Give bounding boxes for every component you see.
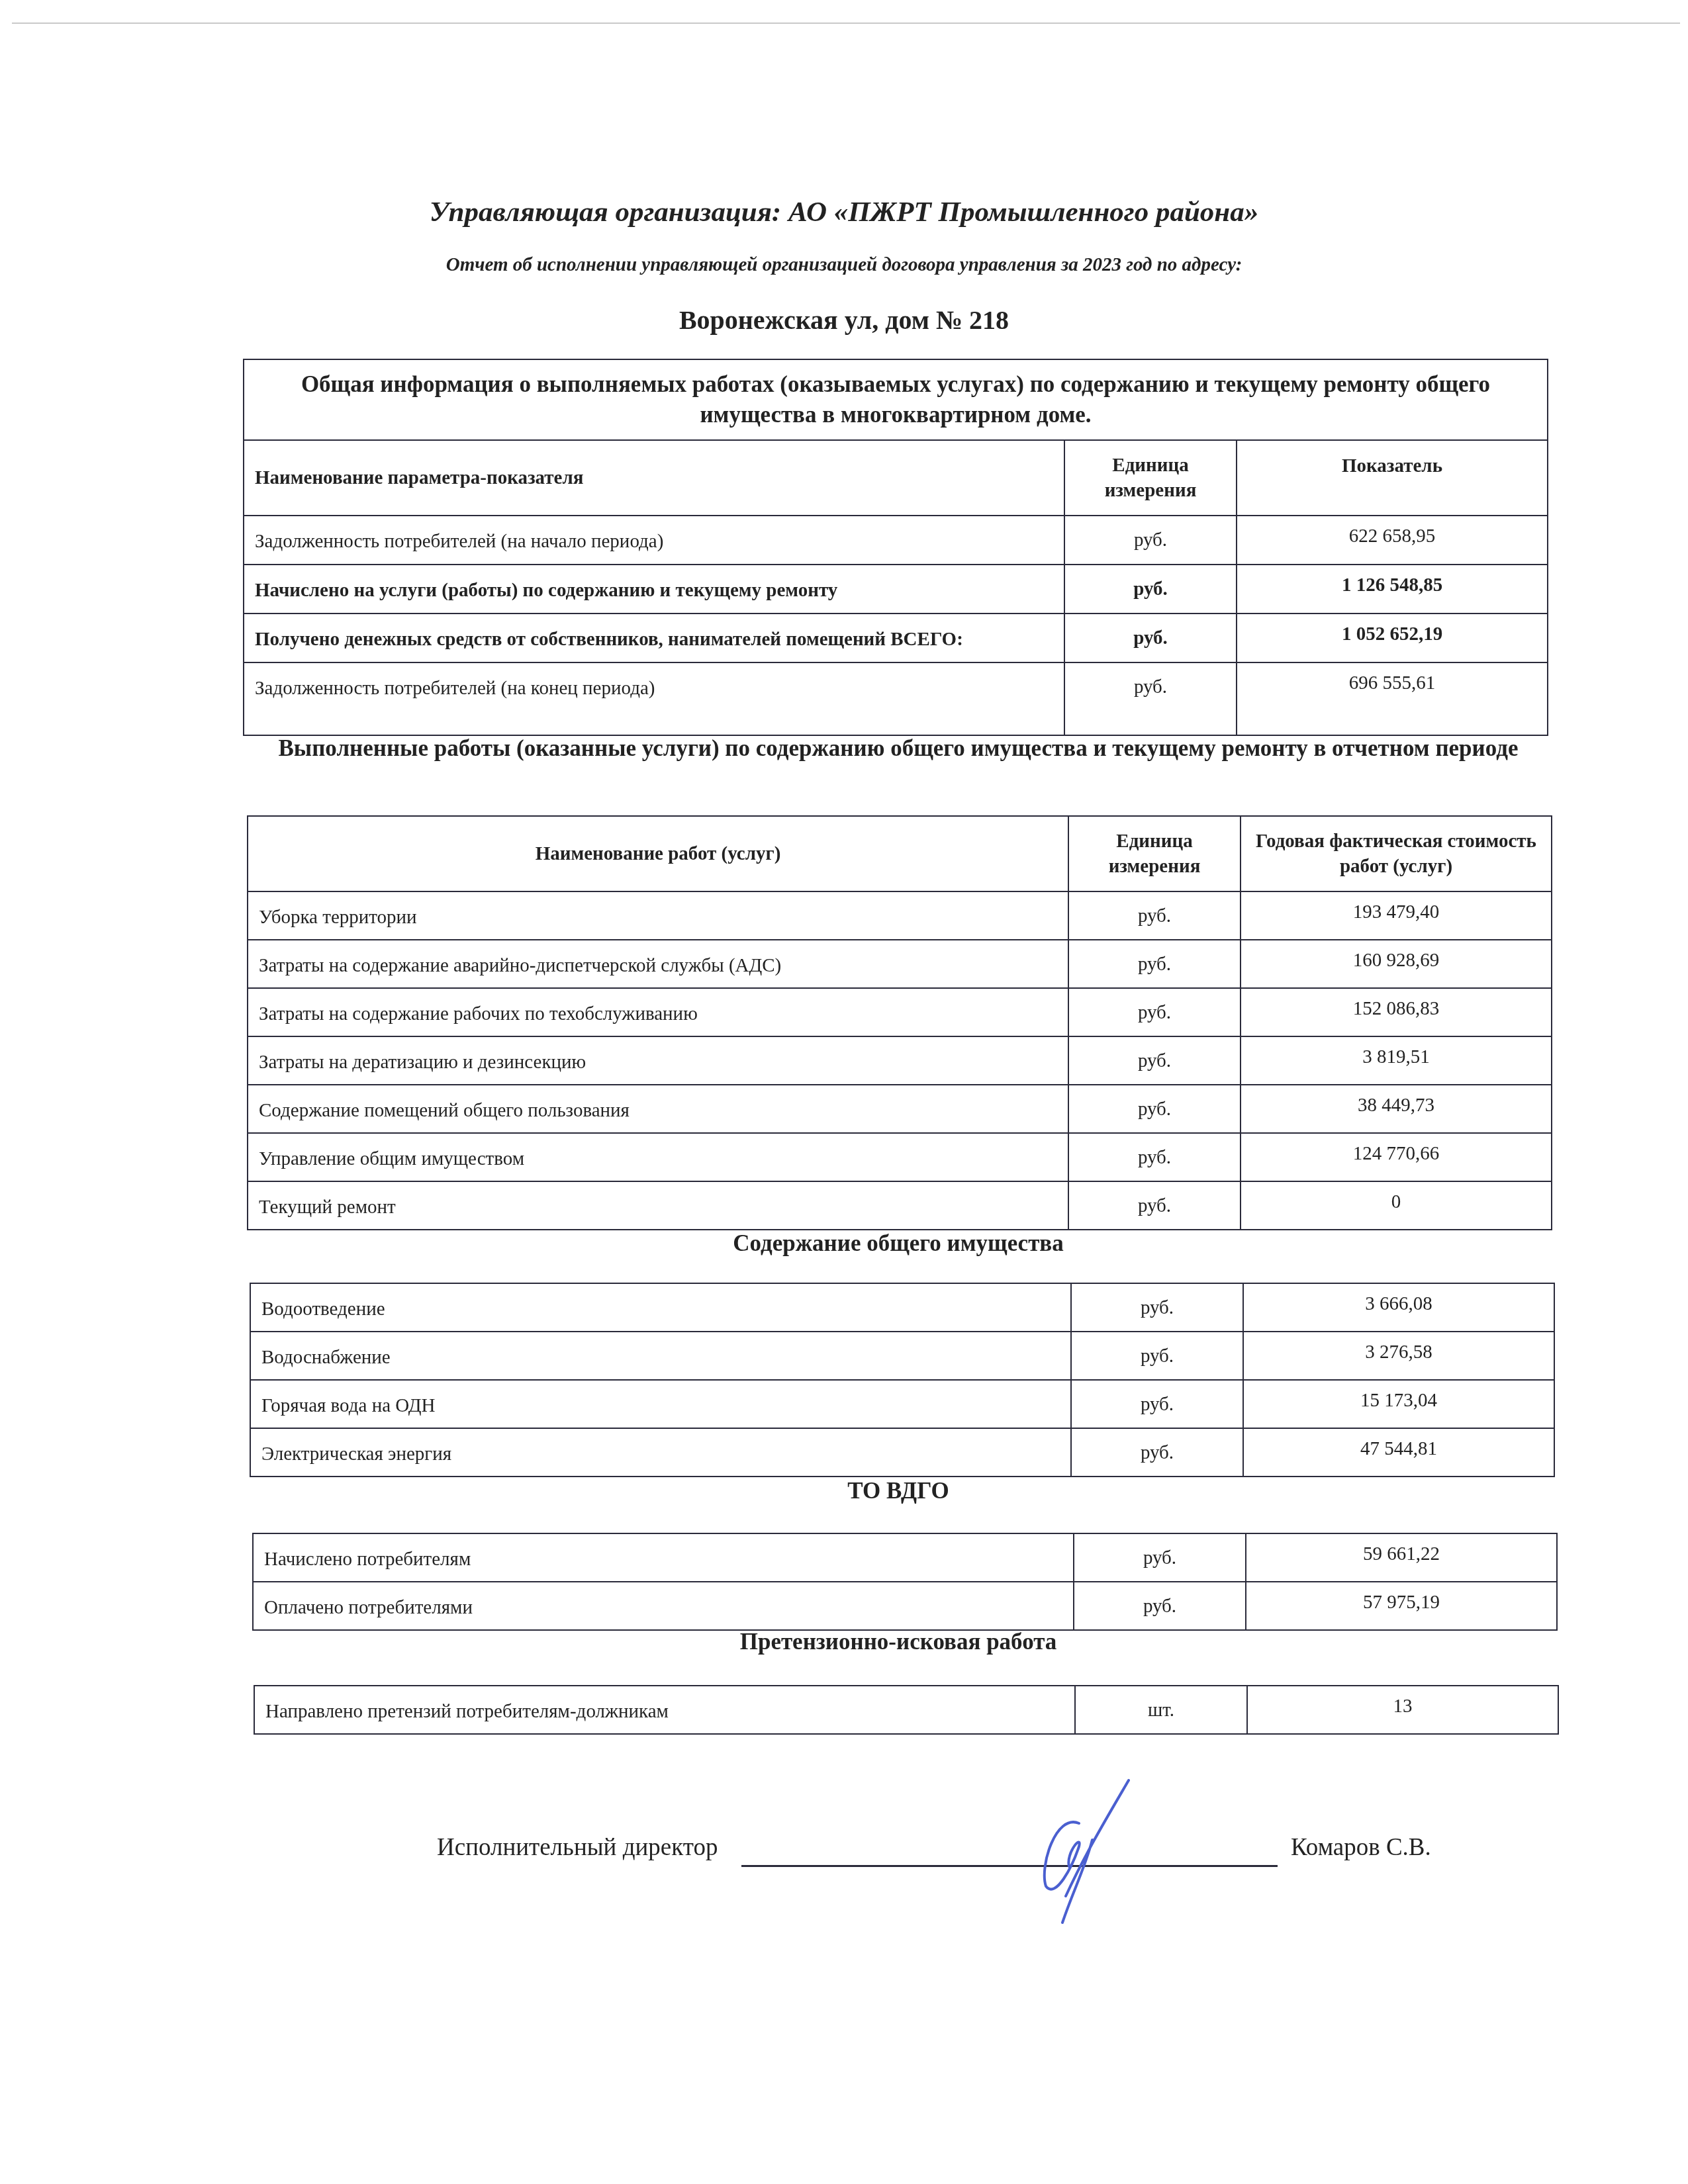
- row-name: Содержание помещений общего пользования: [248, 1085, 1068, 1133]
- row-value: 3 819,51: [1241, 1036, 1552, 1085]
- works-heading: Выполненные работы (оказанные услуги) по…: [243, 733, 1554, 764]
- table-row: Оплачено потребителямируб.57 975,19: [253, 1582, 1557, 1630]
- row-value: 0: [1241, 1181, 1552, 1230]
- vdgo-rows: Начислено потребителямруб.59 661,22Оплач…: [253, 1533, 1557, 1630]
- row-unit: руб.: [1068, 1036, 1241, 1085]
- handwritten-signature-icon: [993, 1774, 1165, 1926]
- signatory-position: Исполнительный директор: [437, 1833, 718, 1862]
- column-header-annual-cost: Годовая фактическая стоимость работ (усл…: [1241, 816, 1552, 891]
- row-value: 622 658,95: [1237, 516, 1548, 565]
- row-unit: руб.: [1071, 1332, 1243, 1380]
- row-value: 124 770,66: [1241, 1133, 1552, 1181]
- table-row: Начислено потребителямруб.59 661,22: [253, 1533, 1557, 1582]
- table-row: Водоснабжениеруб.3 276,58: [250, 1332, 1554, 1380]
- row-unit: руб.: [1071, 1380, 1243, 1428]
- row-value: 38 449,73: [1241, 1085, 1552, 1133]
- row-value: 15 173,04: [1243, 1380, 1554, 1428]
- row-value: 1 052 652,19: [1237, 614, 1548, 662]
- table-row: Получено денежных средств от собственник…: [244, 614, 1548, 662]
- vdgo-heading: ТО ВДГО: [243, 1476, 1554, 1506]
- column-header-unit: Единица измерения: [1064, 440, 1237, 516]
- row-value: 152 086,83: [1241, 988, 1552, 1036]
- column-header-unit: Единица измерения: [1068, 816, 1241, 891]
- row-name: Управление общим имуществом: [248, 1133, 1068, 1181]
- general-info-table: Общая информация о выполняемых работах (…: [243, 359, 1548, 736]
- report-subtitle: Отчет об исполнении управляющей организа…: [0, 254, 1688, 276]
- table-row: Затраты на содержание рабочих по техобсл…: [248, 988, 1552, 1036]
- row-name: Затраты на дератизацию и дезинсекцию: [248, 1036, 1068, 1085]
- row-name: Получено денежных средств от собственник…: [244, 614, 1064, 662]
- row-unit: руб.: [1064, 614, 1237, 662]
- row-value: 59 661,22: [1246, 1533, 1557, 1582]
- row-unit: руб.: [1064, 565, 1237, 614]
- general-info-caption: Общая информация о выполняемых работах (…: [244, 359, 1548, 440]
- row-name: Горячая вода на ОДН: [250, 1380, 1071, 1428]
- row-unit: руб.: [1068, 891, 1241, 940]
- signature-block: Исполнительный директор Комаров С.В.: [437, 1833, 1470, 1873]
- row-unit: руб.: [1064, 662, 1237, 735]
- row-unit: руб.: [1074, 1533, 1246, 1582]
- common-property-heading: Содержание общего имущества: [243, 1228, 1554, 1259]
- row-name: Электрическая энергия: [250, 1428, 1071, 1477]
- works-rows: Уборка территориируб.193 479,40Затраты н…: [248, 891, 1552, 1230]
- row-unit: руб.: [1064, 516, 1237, 565]
- row-value: 1 126 548,85: [1237, 565, 1548, 614]
- table-row: Задолженность потребителей (на начало пе…: [244, 516, 1548, 565]
- row-value: 160 928,69: [1241, 940, 1552, 988]
- row-name: Текущий ремонт: [248, 1181, 1068, 1230]
- row-unit: руб.: [1068, 1085, 1241, 1133]
- row-unit: руб.: [1074, 1582, 1246, 1630]
- row-name: Задолженность потребителей (на конец пер…: [244, 662, 1064, 735]
- table-row: Электрическая энергияруб.47 544,81: [250, 1428, 1554, 1477]
- vdgo-table: Начислено потребителямруб.59 661,22Оплач…: [252, 1533, 1558, 1631]
- row-unit: руб.: [1071, 1428, 1243, 1477]
- row-name: Направлено претензий потребителям-должни…: [254, 1686, 1075, 1734]
- column-header-work-name: Наименование работ (услуг): [248, 816, 1068, 891]
- row-value: 193 479,40: [1241, 891, 1552, 940]
- table-row: Уборка территориируб.193 479,40: [248, 891, 1552, 940]
- claims-rows: Направлено претензий потребителям-должни…: [254, 1686, 1558, 1734]
- row-value: 13: [1247, 1686, 1558, 1734]
- row-unit: руб.: [1068, 988, 1241, 1036]
- table-row: Текущий ремонтруб.0: [248, 1181, 1552, 1230]
- table-row: Направлено претензий потребителям-должни…: [254, 1686, 1558, 1734]
- row-name: Начислено потребителям: [253, 1533, 1074, 1582]
- row-unit: руб.: [1068, 1133, 1241, 1181]
- address: Воронежская ул, дом № 218: [0, 304, 1688, 336]
- signatory-name: Комаров С.В.: [1291, 1833, 1431, 1862]
- works-table: Наименование работ (услуг) Единица измер…: [247, 815, 1552, 1230]
- row-name: Оплачено потребителями: [253, 1582, 1074, 1630]
- table-row: Водоотведениеруб.3 666,08: [250, 1283, 1554, 1332]
- claims-table: Направлено претензий потребителям-должни…: [254, 1685, 1559, 1735]
- common-property-table: Водоотведениеруб.3 666,08Водоснабжениеру…: [250, 1283, 1555, 1477]
- row-name: Начислено на услуги (работы) по содержан…: [244, 565, 1064, 614]
- common-property-rows: Водоотведениеруб.3 666,08Водоснабжениеру…: [250, 1283, 1554, 1477]
- row-name: Затраты на содержание аварийно-диспетчер…: [248, 940, 1068, 988]
- row-value: 3 276,58: [1243, 1332, 1554, 1380]
- row-unit: шт.: [1075, 1686, 1247, 1734]
- row-unit: руб.: [1071, 1283, 1243, 1332]
- row-name: Задолженность потребителей (на начало пе…: [244, 516, 1064, 565]
- table-row: Управление общим имуществомруб.124 770,6…: [248, 1133, 1552, 1181]
- organization-title: Управляющая организация: АО «ПЖРТ Промыш…: [0, 196, 1688, 228]
- table-row: Задолженность потребителей (на конец пер…: [244, 662, 1548, 735]
- row-name: Водоснабжение: [250, 1332, 1071, 1380]
- column-header-value: Показатель: [1237, 440, 1548, 516]
- row-value: 3 666,08: [1243, 1283, 1554, 1332]
- row-value: 47 544,81: [1243, 1428, 1554, 1477]
- row-unit: руб.: [1068, 940, 1241, 988]
- row-value: 696 555,61: [1237, 662, 1548, 735]
- table-row: Затраты на дератизацию и дезинсекциюруб.…: [248, 1036, 1552, 1085]
- row-value: 57 975,19: [1246, 1582, 1557, 1630]
- claims-heading: Претензионно-исковая работа: [243, 1627, 1554, 1657]
- row-name: Водоотведение: [250, 1283, 1071, 1332]
- row-name: Затраты на содержание рабочих по техобсл…: [248, 988, 1068, 1036]
- row-name: Уборка территории: [248, 891, 1068, 940]
- table-row: Начислено на услуги (работы) по содержан…: [244, 565, 1548, 614]
- column-header-parameter: Наименование параметра-показателя: [244, 440, 1064, 516]
- table-row: Затраты на содержание аварийно-диспетчер…: [248, 940, 1552, 988]
- general-info-rows: Задолженность потребителей (на начало пе…: [244, 516, 1548, 735]
- table-row: Содержание помещений общего пользованияр…: [248, 1085, 1552, 1133]
- row-unit: руб.: [1068, 1181, 1241, 1230]
- scan-edge-line: [12, 23, 1680, 24]
- table-row: Горячая вода на ОДНруб.15 173,04: [250, 1380, 1554, 1428]
